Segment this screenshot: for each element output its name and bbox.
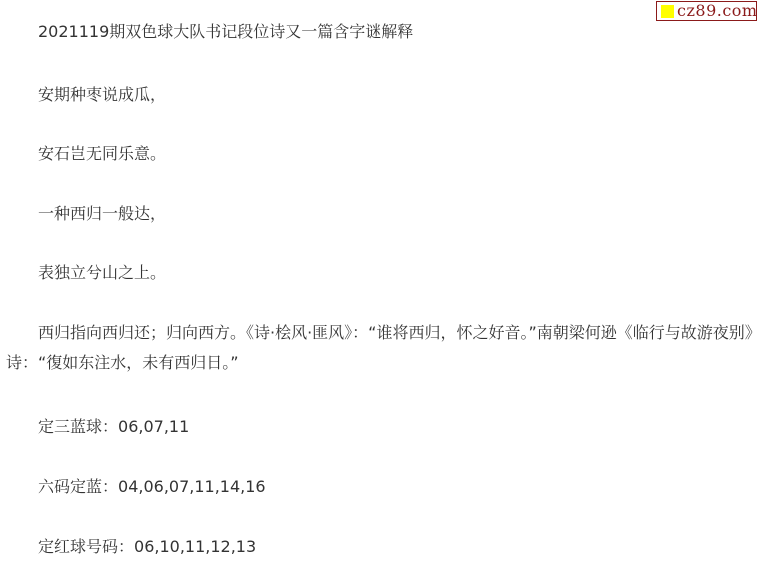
prediction-blue-three: 定三蓝球：06,07,11	[6, 412, 758, 442]
yellow-square-icon	[661, 5, 674, 18]
prediction-value: 06,07,11	[118, 417, 189, 436]
poem-line-4: 表独立兮山之上。	[6, 258, 758, 288]
prediction-red-balls: 定红球号码：06,10,11,12,13	[6, 532, 758, 562]
explanation-paragraph: 西归指向西归还；归向西方。《诗·桧风·匪风》：“谁将西归，怀之好音。”南朝梁何逊…	[6, 318, 758, 378]
prediction-blue-six: 六码定蓝：04,06,07,11,14,16	[6, 472, 758, 502]
poem-line-3: 一种西归一般达，	[6, 199, 758, 229]
prediction-label: 定三蓝球：	[38, 417, 118, 436]
prediction-label: 定红球号码：	[38, 537, 134, 556]
poem-line-2: 安石岂无同乐意。	[6, 139, 758, 169]
prediction-value: 04,06,07,11,14,16	[118, 477, 266, 496]
prediction-label: 六码定蓝：	[38, 477, 118, 496]
prediction-value: 06,10,11,12,13	[134, 537, 256, 556]
article-title: 2021119期双色球大队书记段位诗又一篇含字谜解释	[6, 17, 758, 47]
poem-line-1: 安期种枣说成瓜，	[6, 80, 758, 110]
